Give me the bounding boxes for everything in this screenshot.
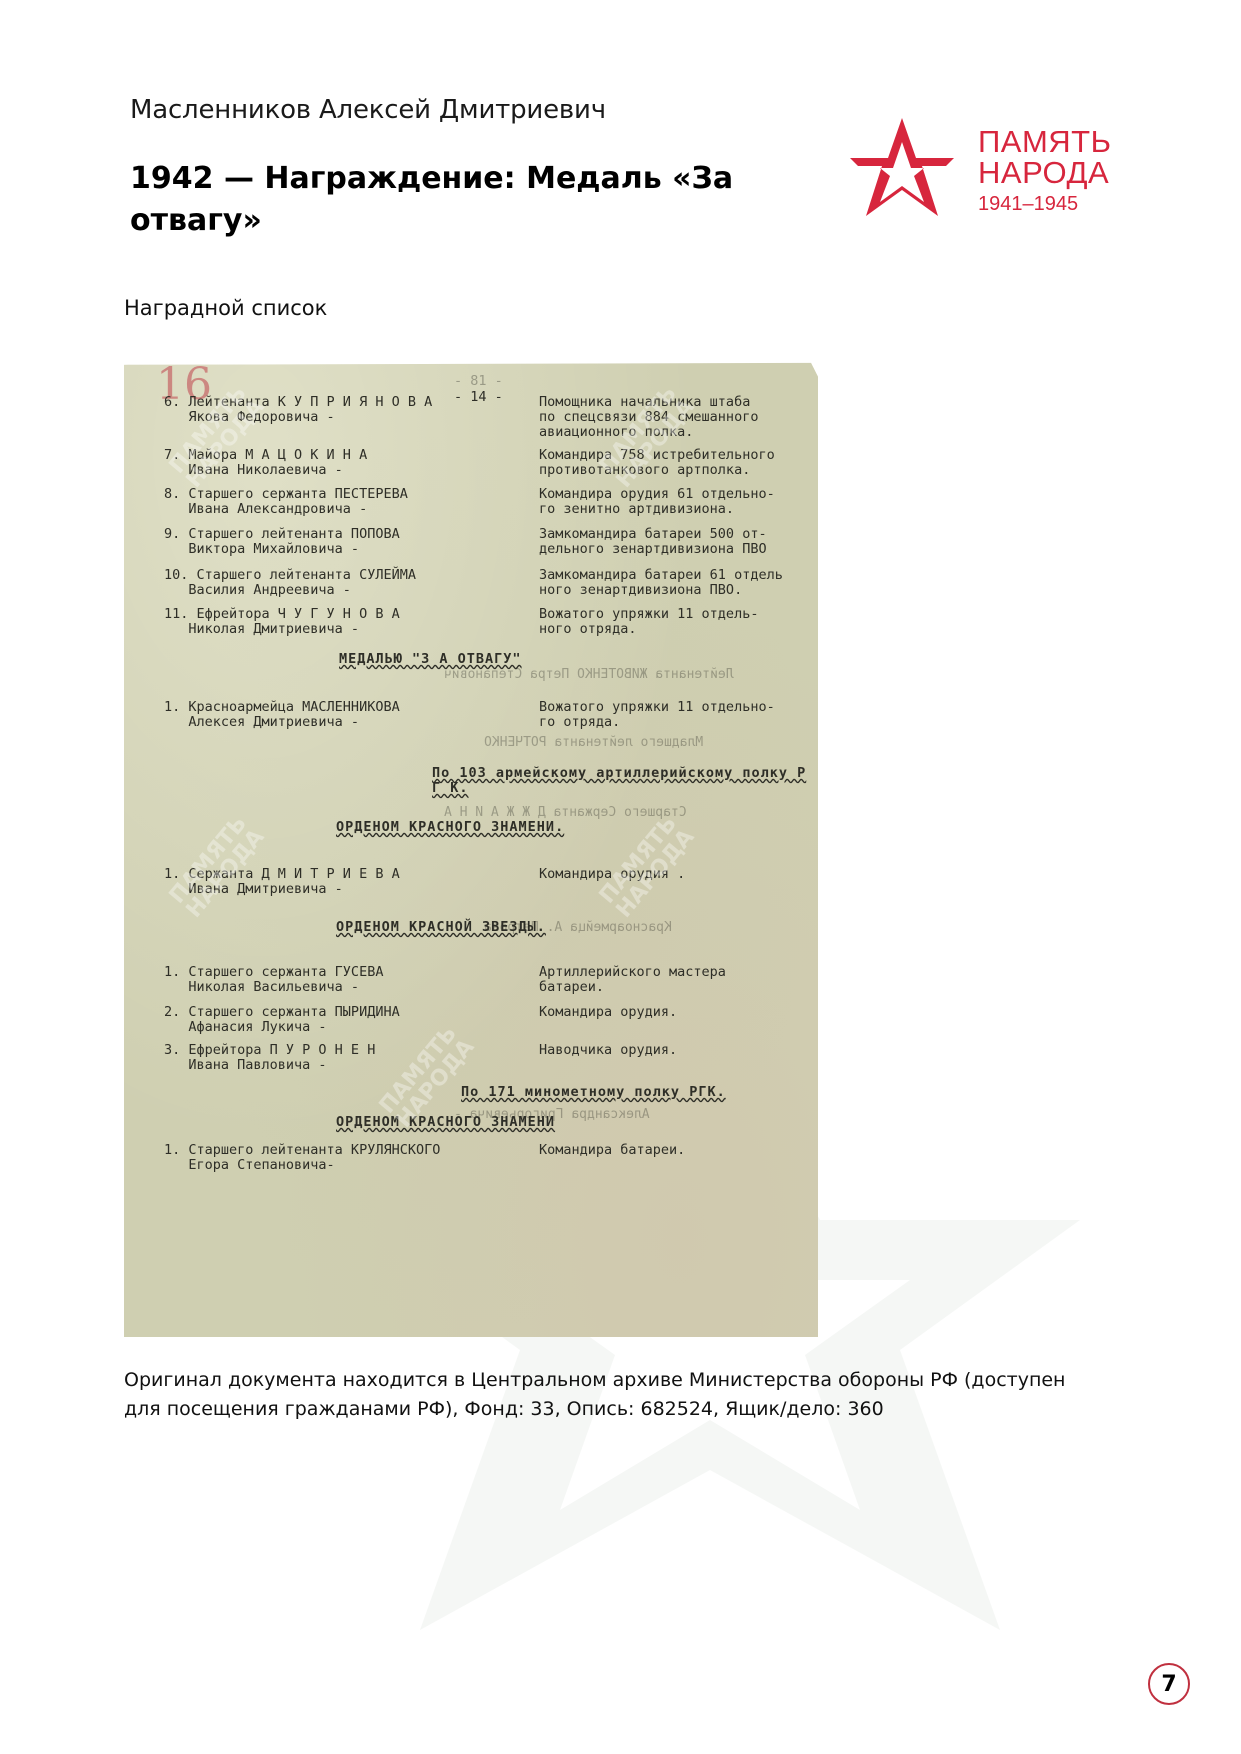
award-list-scan-image: 16 - 81 - - 14 - 6. Лейтенанта К У П Р И… — [124, 355, 818, 1337]
scan-section-heading: По 171 минометному полку РГК. — [461, 1085, 726, 1100]
document-type-label: Наградной список — [124, 296, 327, 320]
scan-section-heading: МЕДАЛЬЮ "З А ОТВАГУ" — [339, 652, 522, 667]
scan-entry-name: 10. Старшего лейтенанта СУЛЕЙМА Василия … — [164, 568, 484, 598]
scan-entry-position: Командира орудия 61 отдельно-го зенитно … — [539, 487, 809, 517]
scan-entry-position: Командира орудия. — [539, 1005, 809, 1020]
red-star-icon — [850, 118, 954, 218]
scan-entry-name: 11. Ефрейтора Ч У Г У Н О В А Николая Дм… — [164, 607, 484, 637]
scan-entry-name-line: Виктора Михайловича - — [164, 542, 484, 557]
award-title: 1942 — Награждение: Медаль «За отвагу» — [130, 158, 770, 242]
scan-entry-name-line: 8. Старшего сержанта ПЕСТЕРЕВА — [164, 487, 484, 502]
scan-entry-position-line: Командира батареи. — [539, 1143, 809, 1158]
pamyat-naroda-logo: ПАМЯТЬ НАРОДА 1941–1945 — [850, 118, 1130, 218]
scan-bleed-through-text: Красноармейца А. Петрова — [484, 920, 672, 935]
scan-entry-position-line: ного зенартдивизиона ПВО. — [539, 583, 809, 598]
logo-line-1: ПАМЯТЬ — [978, 126, 1111, 157]
scan-bleed-through-text: Старшего Сержанта Д Ж Ж А И Н А — [444, 805, 687, 820]
scan-entry-position-line: противотанкового артполка. — [539, 463, 809, 478]
scan-entry-position: Замкомандира батареи 500 от-дельного зен… — [539, 527, 809, 557]
scan-entry-position: Замкомандира батареи 61 отдельного зенар… — [539, 568, 809, 598]
scan-entry-position-line: Артиллерийского мастера — [539, 965, 809, 980]
scan-section-heading: ОРДЕНОМ КРАСНОГО ЗНАМЕНИ. — [336, 820, 564, 835]
logo-line-2: НАРОДА — [978, 157, 1111, 188]
scan-entry-name-line: Ивана Александровича - — [164, 502, 484, 517]
scan-entry-name-line: Василия Андреевича - — [164, 583, 484, 598]
scan-entry-name: 1. Красноармейца МАСЛЕННИКОВА Алексея Дм… — [164, 700, 484, 730]
scan-entry-name-line: 11. Ефрейтора Ч У Г У Н О В А — [164, 607, 484, 622]
scan-bleed-through-text: Младшего лейтенанта РОТЧЕНКО — [484, 735, 703, 750]
scan-entry-position-line: Командира орудия. — [539, 1005, 809, 1020]
scan-entry-position-line: го отряда. — [539, 715, 809, 730]
scan-section-heading: ОРДЕНОМ КРАСНОГО ЗНАМЕНИ — [336, 1115, 555, 1130]
scan-entry-name-line: 10. Старшего лейтенанта СУЛЕЙМА — [164, 568, 484, 583]
scan-entry-name: 1. Старшего лейтенанта КРУЛЯНСКОГО Егора… — [164, 1143, 484, 1173]
scan-bleed-through-text: Лейтенанта ЖИВОТЕНКО Петра Степанович — [444, 667, 734, 682]
scan-entry-position-line: батареи. — [539, 980, 809, 995]
scan-entry-name-line: Алексея Дмитриевича - — [164, 715, 484, 730]
logo-years: 1941–1945 — [978, 190, 1111, 218]
scan-entry-position: Артиллерийского мастерабатареи. — [539, 965, 809, 995]
scan-entry-name-line: Николая Дмитриевича - — [164, 622, 484, 637]
person-name: Масленников Алексей Дмитриевич — [130, 95, 606, 125]
scan-entry-position: Вожатого упряжки 11 отдель-ного отряда. — [539, 607, 809, 637]
scan-entry-position-line: Наводчика орудия. — [539, 1043, 809, 1058]
scan-entry-position-line: Замкомандира батареи 500 от- — [539, 527, 809, 542]
scan-entry-name-line: 1. Старшего сержанта ГУСЕВА — [164, 965, 484, 980]
scan-entry-position-line: Вожатого упряжки 11 отдельно- — [539, 700, 809, 715]
scan-entry-name: 9. Старшего лейтенанта ПОПОВА Виктора Ми… — [164, 527, 484, 557]
scan-entry-name: 8. Старшего сержанта ПЕСТЕРЕВА Ивана Але… — [164, 487, 484, 517]
scan-entry-name: 1. Старшего сержанта ГУСЕВА Николая Васи… — [164, 965, 484, 995]
scan-entry-position-line: Вожатого упряжки 11 отдель- — [539, 607, 809, 622]
scan-entry-position-line: Командира 758 истребительного — [539, 448, 809, 463]
margin-handwritten-mark: 16 — [156, 377, 212, 392]
scan-entry-position: Командира 758 истребительногопротивотанк… — [539, 448, 809, 478]
scan-page-number-old: - 81 - — [454, 373, 503, 389]
scan-entry-position-line: го зенитно артдивизиона. — [539, 502, 809, 517]
page-number-badge: 7 — [1148, 1663, 1190, 1705]
scan-entry-position: Вожатого упряжки 11 отдельно-го отряда. — [539, 700, 809, 730]
scan-entry-position-line: дельного зенартдивизиона ПВО — [539, 542, 809, 557]
scan-entry-name-line: 1. Старшего лейтенанта КРУЛЯНСКОГО — [164, 1143, 484, 1158]
scan-entry-name-line: 2. Старшего сержанта ПЫРИДИНА — [164, 1005, 484, 1020]
scan-entry-name-line: Николая Васильевича - — [164, 980, 484, 995]
scan-entry-name-line: 1. Красноармейца МАСЛЕННИКОВА — [164, 700, 484, 715]
scan-section-heading: По 103 армейскому артиллерийскому полку … — [432, 766, 818, 796]
archive-caption: Оригинал документа находится в Центральн… — [124, 1366, 1104, 1424]
scan-entry-position: Наводчика орудия. — [539, 1043, 809, 1058]
scan-entry-name-line: Егора Степановича- — [164, 1158, 484, 1173]
scan-entry-position-line: ного отряда. — [539, 622, 809, 637]
scan-entry-position-line: Замкомандира батареи 61 отдель — [539, 568, 809, 583]
scan-entry-name-line: 9. Старшего лейтенанта ПОПОВА — [164, 527, 484, 542]
scan-entry-position-line: Командира орудия 61 отдельно- — [539, 487, 809, 502]
scan-entry-position: Командира батареи. — [539, 1143, 809, 1158]
logo-text: ПАМЯТЬ НАРОДА 1941–1945 — [978, 126, 1111, 218]
